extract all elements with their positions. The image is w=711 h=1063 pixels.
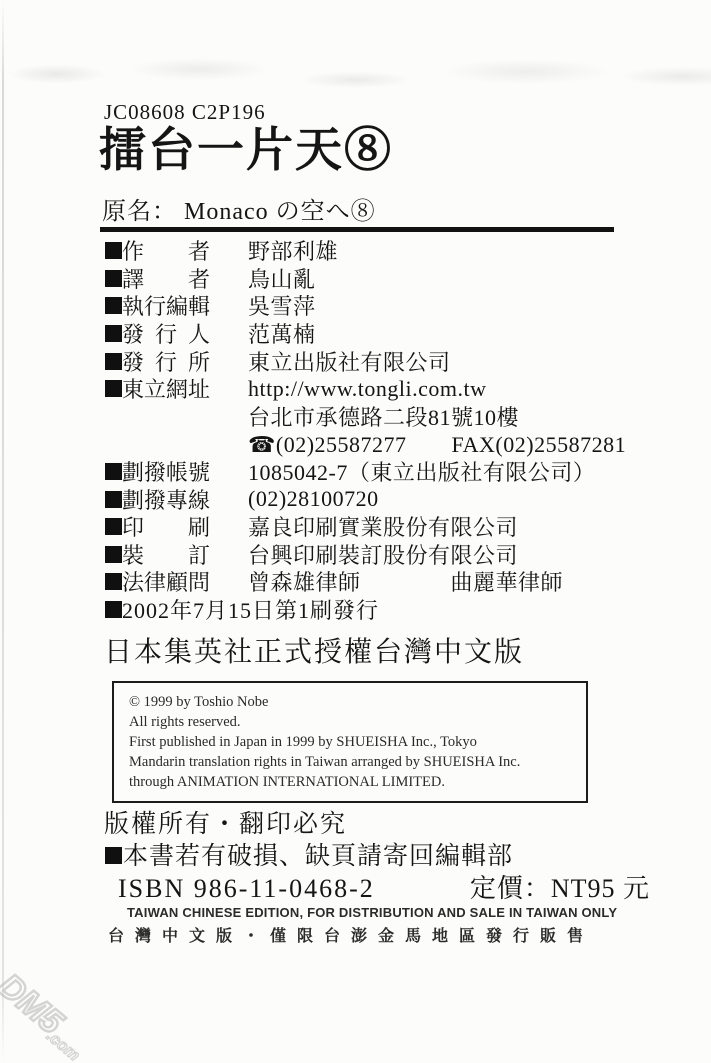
credit-value: 曾森雄律師 曲麗華律師 — [248, 566, 563, 597]
black-square-bullet — [105, 463, 122, 480]
credit-value: ☎(02)25587277 FAX(02)25587281 — [248, 428, 626, 459]
credit-label: 印刷 — [122, 511, 210, 542]
dm5-watermark: DM5 .com — [0, 968, 95, 1062]
credit-value: 嘉良印刷實業股份有限公司 — [248, 511, 518, 542]
catalog-code: JC08608 C2P196 — [104, 100, 266, 125]
original-title: 原名： Monaco の空へ⑧ — [102, 191, 376, 226]
copyright-line: through ANIMATION INTERNATIONAL LIMITED. — [129, 772, 574, 792]
credit-label: 劃撥專線 — [122, 484, 210, 515]
isbn-number: ISBN 986-11-0468-2 — [118, 874, 375, 904]
damaged-copy-text: 本書若有破損、缺頁請寄回編輯部 — [123, 836, 513, 872]
credit-row-address: 台北市承德路二段81號10樓 — [105, 403, 626, 431]
copyright-line: First published in Japan in 1999 by SHUE… — [129, 732, 574, 752]
black-square-bullet — [105, 297, 122, 314]
credit-row-postal-hotline: 劃撥專線 (02)28100720 — [105, 485, 626, 513]
black-square-bullet — [105, 601, 122, 618]
black-square-bullet — [105, 518, 122, 535]
credit-row-website: 東立網址 http://www.tongli.com.tw — [105, 375, 626, 403]
credits-list: 作者 野部利雄 譯者 鳥山亂 執行編輯 吳雪萍 發行人 范萬楠 發行所 東立出版… — [105, 237, 626, 623]
credit-value: (02)28100720 — [248, 486, 379, 512]
print-date: 2002年7月15日第1刷發行 — [122, 594, 379, 625]
credit-row-phone-fax: ☎(02)25587277 FAX(02)25587281 — [105, 430, 626, 458]
credit-row-legal-advisors: 法律顧問 曾森雄律師 曲麗華律師 — [105, 568, 626, 596]
divider-rule — [100, 227, 614, 232]
black-square-bullet — [105, 546, 122, 563]
colophon-page: JC08608 C2P196 擂台一片天⑧ 原名： Monaco の空へ⑧ 作者… — [0, 0, 711, 1063]
credit-value: 范萬楠 — [248, 318, 316, 349]
copyright-line: Mandarin translation rights in Taiwan ar… — [129, 752, 574, 772]
watermark-suffix: .com — [43, 1028, 82, 1063]
credit-value: 台北市承德路二段81號10樓 — [248, 401, 519, 432]
credit-value: 台興印刷裝訂股份有限公司 — [248, 539, 518, 570]
book-title: 擂台一片天⑧ — [99, 126, 393, 178]
all-rights-reserved-line: 版權所有・翻印必究 — [104, 804, 347, 840]
price: 定價：NT95 元 — [470, 868, 650, 905]
black-square-bullet — [105, 847, 122, 864]
credit-row-printer: 印刷 嘉良印刷實業股份有限公司 — [105, 513, 626, 541]
license-statement: 日本集英社正式授權台灣中文版 — [104, 630, 524, 670]
copyright-box: © 1999 by Toshio Nobe All rights reserve… — [112, 681, 588, 803]
credit-row-executive-editor: 執行編輯 吳雪萍 — [105, 292, 626, 320]
credit-value: 1085042-7（東立出版社有限公司） — [248, 456, 595, 487]
copyright-line: © 1999 by Toshio Nobe — [129, 692, 574, 712]
credit-row-publishing-house: 發行所 東立出版社有限公司 — [105, 347, 626, 375]
credit-row-author: 作者 野部利雄 — [105, 237, 626, 265]
credit-row-binding: 裝訂 台興印刷裝訂股份有限公司 — [105, 541, 626, 569]
credit-value: 野部利雄 — [248, 235, 338, 266]
credit-row-postal-account: 劃撥帳號 1085042-7（東立出版社有限公司） — [105, 458, 626, 486]
black-square-bullet — [105, 380, 122, 397]
black-square-bullet — [105, 353, 122, 370]
scan-texture-band — [0, 50, 711, 98]
scan-edge-line — [2, 0, 4, 1063]
black-square-bullet — [105, 242, 122, 259]
credit-label: 發行人 — [122, 318, 210, 349]
black-square-bullet — [105, 325, 122, 342]
watermark-text: DM5 — [0, 968, 69, 1040]
credit-label: 發行所 — [122, 346, 210, 377]
taiwan-edition-notice-chinese: 台灣中文版・僅限台澎金馬地區發行販售 — [108, 923, 594, 946]
credit-row-translator: 譯者 鳥山亂 — [105, 265, 626, 293]
copyright-line: All rights reserved. — [129, 712, 574, 732]
credit-label: 劃撥帳號 — [122, 456, 210, 487]
credit-label: 作者 — [122, 235, 210, 266]
credit-label: 譯者 — [122, 263, 210, 294]
credit-label: 裝訂 — [122, 539, 210, 570]
credit-value: 東立出版社有限公司 — [248, 346, 451, 377]
credit-value: http://www.tongli.com.tw — [248, 376, 487, 402]
credit-label: 法律顧問 — [122, 566, 210, 597]
credit-row-publisher-person: 發行人 范萬楠 — [105, 320, 626, 348]
black-square-bullet — [105, 270, 122, 287]
black-square-bullet — [105, 573, 122, 590]
isbn-price-row: ISBN 986-11-0468-2 定價：NT95 元 — [118, 868, 650, 905]
credit-value: 吳雪萍 — [248, 290, 316, 321]
taiwan-edition-notice-english: TAIWAN CHINESE EDITION, FOR DISTRIBUTION… — [127, 905, 617, 920]
credit-value: 鳥山亂 — [248, 263, 316, 294]
print-date-row: 2002年7月15日第1刷發行 — [105, 596, 626, 624]
credit-label: 東立網址 — [122, 373, 210, 404]
damaged-copy-notice: 本書若有破損、缺頁請寄回編輯部 — [105, 836, 513, 872]
credit-label: 執行編輯 — [122, 290, 210, 321]
black-square-bullet — [105, 491, 122, 508]
